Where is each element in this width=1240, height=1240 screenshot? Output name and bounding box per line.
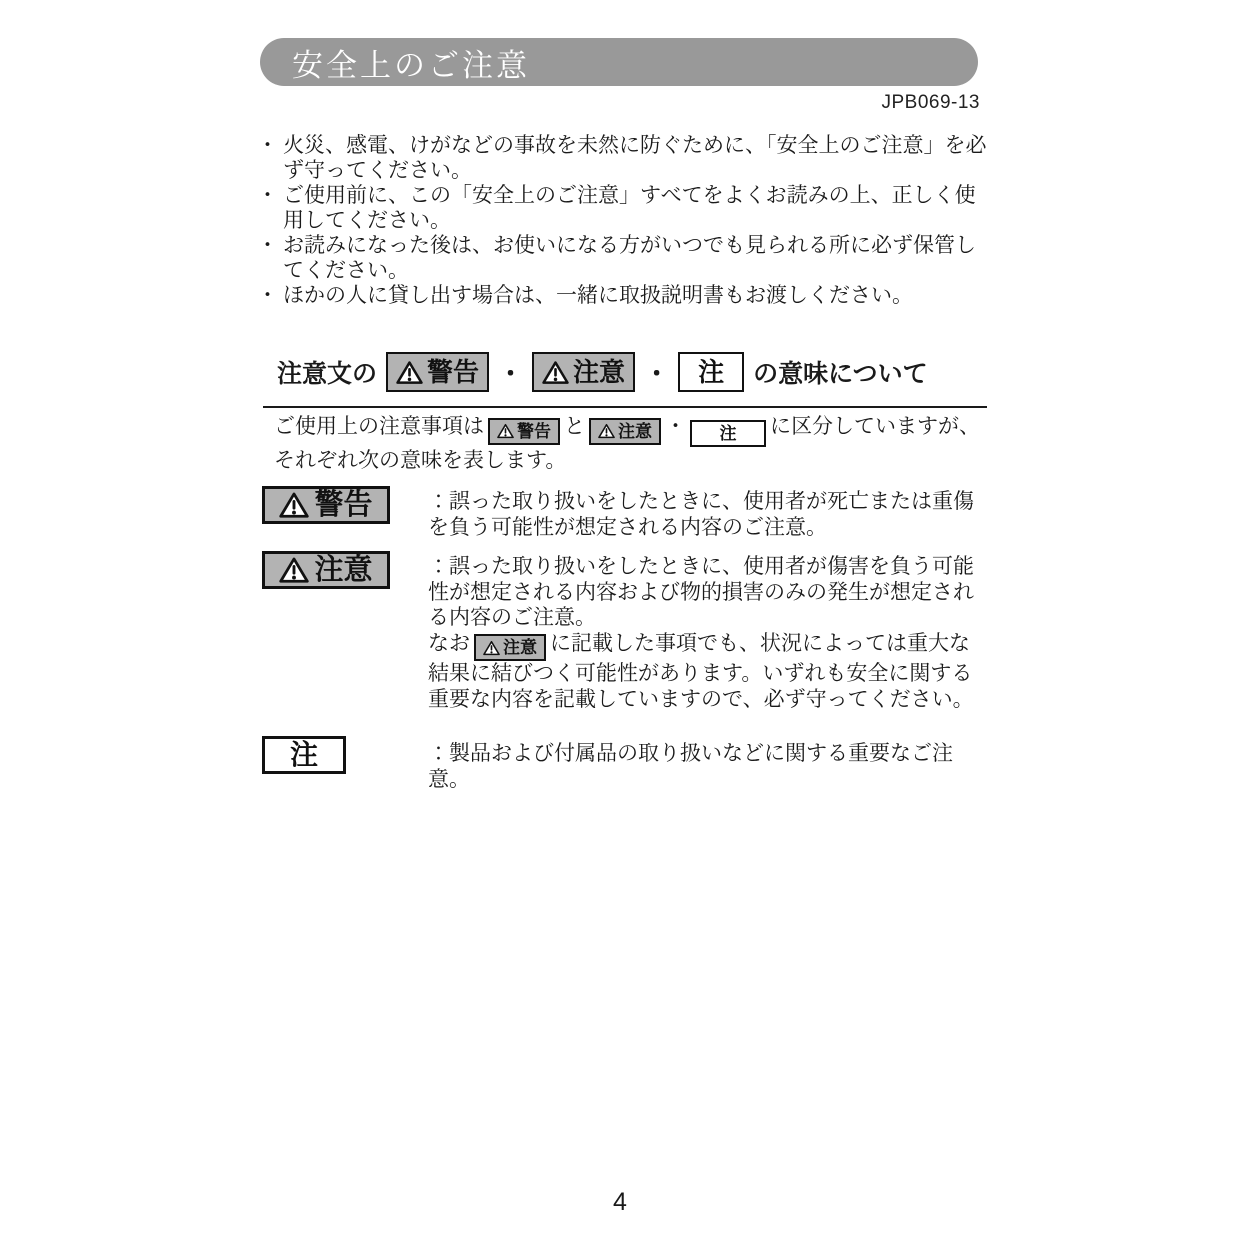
divider-line	[263, 406, 987, 408]
warning-triangle-icon	[279, 491, 309, 519]
list-item-text: お読みになった後は、お使いになる方がいつでも見られる所に必ず保管してください。	[283, 233, 989, 283]
classification-paragraph: ご使用上の注意事項は警告と注意・注に区分していますが、それぞれ次の意味を表します…	[274, 413, 988, 475]
document-page: 安全上のご注意 JPB069-13 ・ 火災、感電、けがなどの事故を未然に防ぐた…	[0, 0, 1240, 1240]
bullet-marker: ・	[257, 183, 283, 233]
classification-conjunction: と	[564, 415, 585, 438]
warning-badge: 警告	[488, 418, 560, 445]
warning-triangle-icon	[483, 640, 500, 656]
note-badge: 注	[690, 420, 766, 447]
warning-badge-label: 警告	[427, 359, 479, 385]
caution-badge-label: 注意	[314, 556, 372, 585]
caution-badge-label: 注意	[618, 423, 652, 440]
heading-separator: ・	[498, 354, 523, 390]
warning-definition-badge: 警告	[262, 486, 390, 524]
warning-triangle-icon	[542, 360, 569, 385]
warning-triangle-icon	[497, 423, 514, 439]
note-badge-label: 注	[720, 425, 737, 442]
list-item-text: ほかの人に貸し出す場合は、一緒に取扱説明書もお渡しください。	[283, 283, 989, 308]
warning-badge: 警告	[386, 352, 489, 392]
heading-prefix: 注意文の	[277, 354, 377, 390]
list-item-text: 火災、感電、けがなどの事故を未然に防ぐために、「安全上のご注意」を必ず守ってくだ…	[283, 133, 989, 183]
bullet-marker: ・	[257, 233, 283, 283]
warning-triangle-icon	[279, 556, 309, 584]
warning-triangle-icon	[396, 360, 423, 385]
section-title-banner: 安全上のご注意	[260, 38, 978, 86]
intro-bullet-list: ・ 火災、感電、けがなどの事故を未然に防ぐために、「安全上のご注意」を必ず守って…	[257, 133, 989, 308]
caution-definition-badge: 注意	[262, 551, 390, 589]
caution-badge: 注意	[589, 418, 661, 445]
caution-definition-text: ：誤った取り扱いをしたときに、使用者が傷害を負う可能性が想定される内容および物的…	[428, 554, 988, 712]
caution-badge: 注意	[532, 352, 635, 392]
bullet-marker: ・	[257, 133, 283, 183]
warning-definition-text: ：誤った取り扱いをしたときに、使用者が死亡または重傷を負う可能性が想定される内容…	[428, 489, 988, 540]
list-item: ・ ご使用前に、この「安全上のご注意」すべてをよくお読みの上、正しく使用してくだ…	[257, 183, 989, 233]
caution-badge: 注意	[474, 634, 546, 661]
list-item-text: ご使用前に、この「安全上のご注意」すべてをよくお読みの上、正しく使用してください…	[283, 183, 989, 233]
list-item: ・ 火災、感電、けがなどの事故を未然に防ぐために、「安全上のご注意」を必ず守って…	[257, 133, 989, 183]
list-item: ・ お読みになった後は、お使いになる方がいつでも見られる所に必ず保管してください…	[257, 233, 989, 283]
warning-badge-label: 警告	[314, 491, 372, 520]
warning-triangle-icon	[598, 423, 615, 439]
page-title: 安全上のご注意	[292, 40, 530, 85]
caution-definition-note: なお注意に記載した事項でも、状況によっては重大な結果に結びつく可能性があります。…	[428, 631, 988, 713]
note-badge-label: 注	[290, 741, 318, 769]
caution-note-prefix: なお	[428, 632, 470, 655]
caution-definition-main: ：誤った取り扱いをしたときに、使用者が傷害を負う可能性が想定される内容および物的…	[428, 554, 988, 631]
caution-badge-label: 注意	[503, 639, 537, 656]
classification-text: ご使用上の注意事項は	[274, 415, 484, 438]
note-definition-text: ：製品および付属品の取り扱いなどに関する重要なご注意。	[428, 741, 990, 792]
note-badge: 注	[678, 352, 744, 392]
meaning-section-heading: 注意文の 警告 ・ 注意 ・ 注 の意味について	[277, 351, 928, 393]
note-definition-badge: 注	[262, 736, 346, 774]
note-badge-label: 注	[698, 359, 724, 385]
document-code: JPB069-13	[260, 92, 980, 114]
bullet-marker: ・	[257, 283, 283, 308]
heading-separator: ・	[644, 354, 669, 390]
page-number: 4	[0, 1188, 1240, 1217]
list-item: ・ ほかの人に貸し出す場合は、一緒に取扱説明書もお渡しください。	[257, 283, 989, 308]
caution-badge-label: 注意	[573, 359, 625, 385]
classification-separator: ・	[665, 415, 686, 438]
warning-badge-label: 警告	[517, 423, 551, 440]
heading-suffix: の意味について	[753, 354, 928, 390]
